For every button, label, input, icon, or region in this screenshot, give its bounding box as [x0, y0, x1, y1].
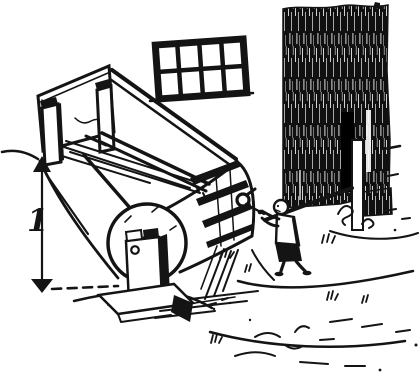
left-ground-curve	[2, 151, 38, 159]
barn-wall	[283, 2, 400, 230]
child-shoe-left	[275, 272, 284, 277]
child-head	[274, 200, 288, 214]
child-shorts	[275, 243, 302, 262]
illustration-canvas: 1	[0, 0, 420, 377]
child-shoe-right	[303, 271, 312, 276]
baseline-dashes	[52, 286, 118, 289]
wall-top-nub	[373, 2, 380, 9]
window	[155, 39, 247, 99]
illustration-svg: 1	[0, 0, 420, 377]
wall-base-step	[363, 188, 392, 216]
ground-plank	[99, 284, 193, 322]
child-legs	[281, 262, 284, 271]
arrow-head-bottom	[31, 279, 53, 293]
wall-white-post	[352, 140, 363, 230]
dimension-label: 1	[27, 203, 49, 239]
